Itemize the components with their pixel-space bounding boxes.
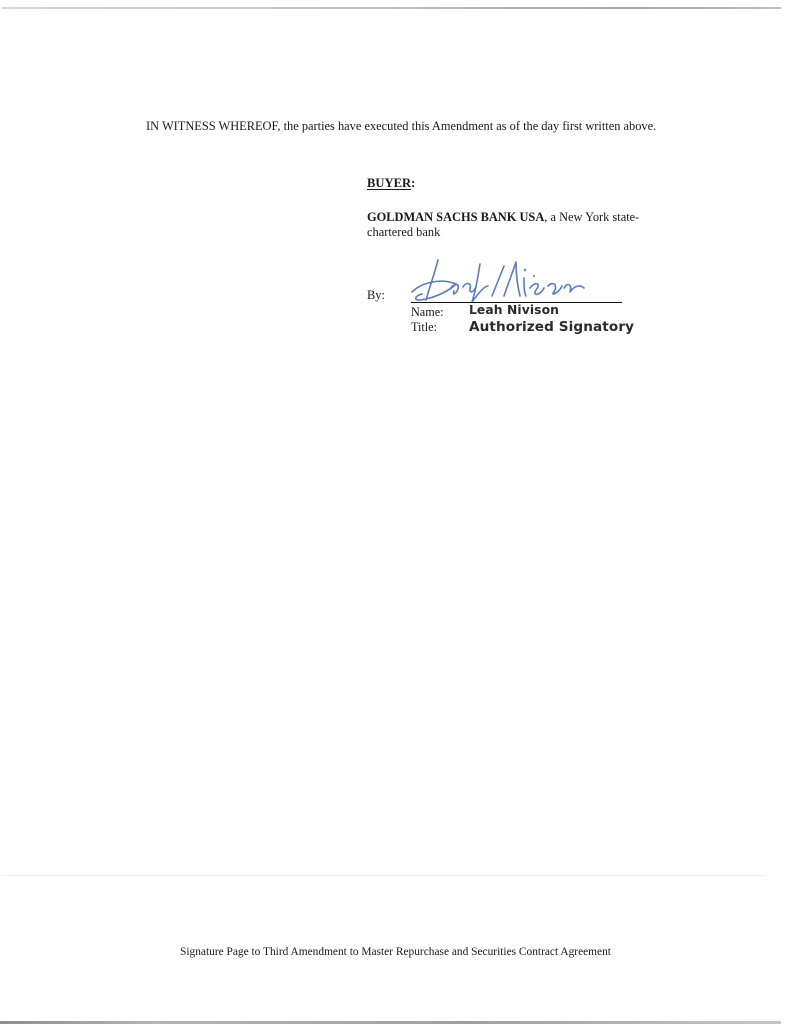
buyer-heading-colon: : [411, 176, 415, 190]
buyer-heading: BUYER: [367, 176, 415, 191]
scan-artifact-line [2, 875, 765, 876]
title-label: Title: [411, 320, 437, 335]
buyer-entity-name: GOLDMAN SACHS BANK USA [367, 210, 544, 224]
witness-clause-text: IN WITNESS WHEREOF, the parties have exe… [146, 119, 656, 133]
title-value: Authorized Signatory [469, 319, 634, 335]
buyer-entity: GOLDMAN SACHS BANK USA, a New York state… [367, 210, 672, 240]
page-footer: Signature Page to Third Amendment to Mas… [0, 946, 785, 958]
buyer-heading-text: BUYER [367, 176, 411, 190]
by-label: By: [367, 288, 385, 303]
witness-clause: IN WITNESS WHEREOF, the parties have exe… [101, 119, 671, 133]
scan-edge-top [2, 7, 781, 9]
name-label: Name: [411, 305, 444, 320]
name-value: Leah Nivison [469, 303, 559, 317]
